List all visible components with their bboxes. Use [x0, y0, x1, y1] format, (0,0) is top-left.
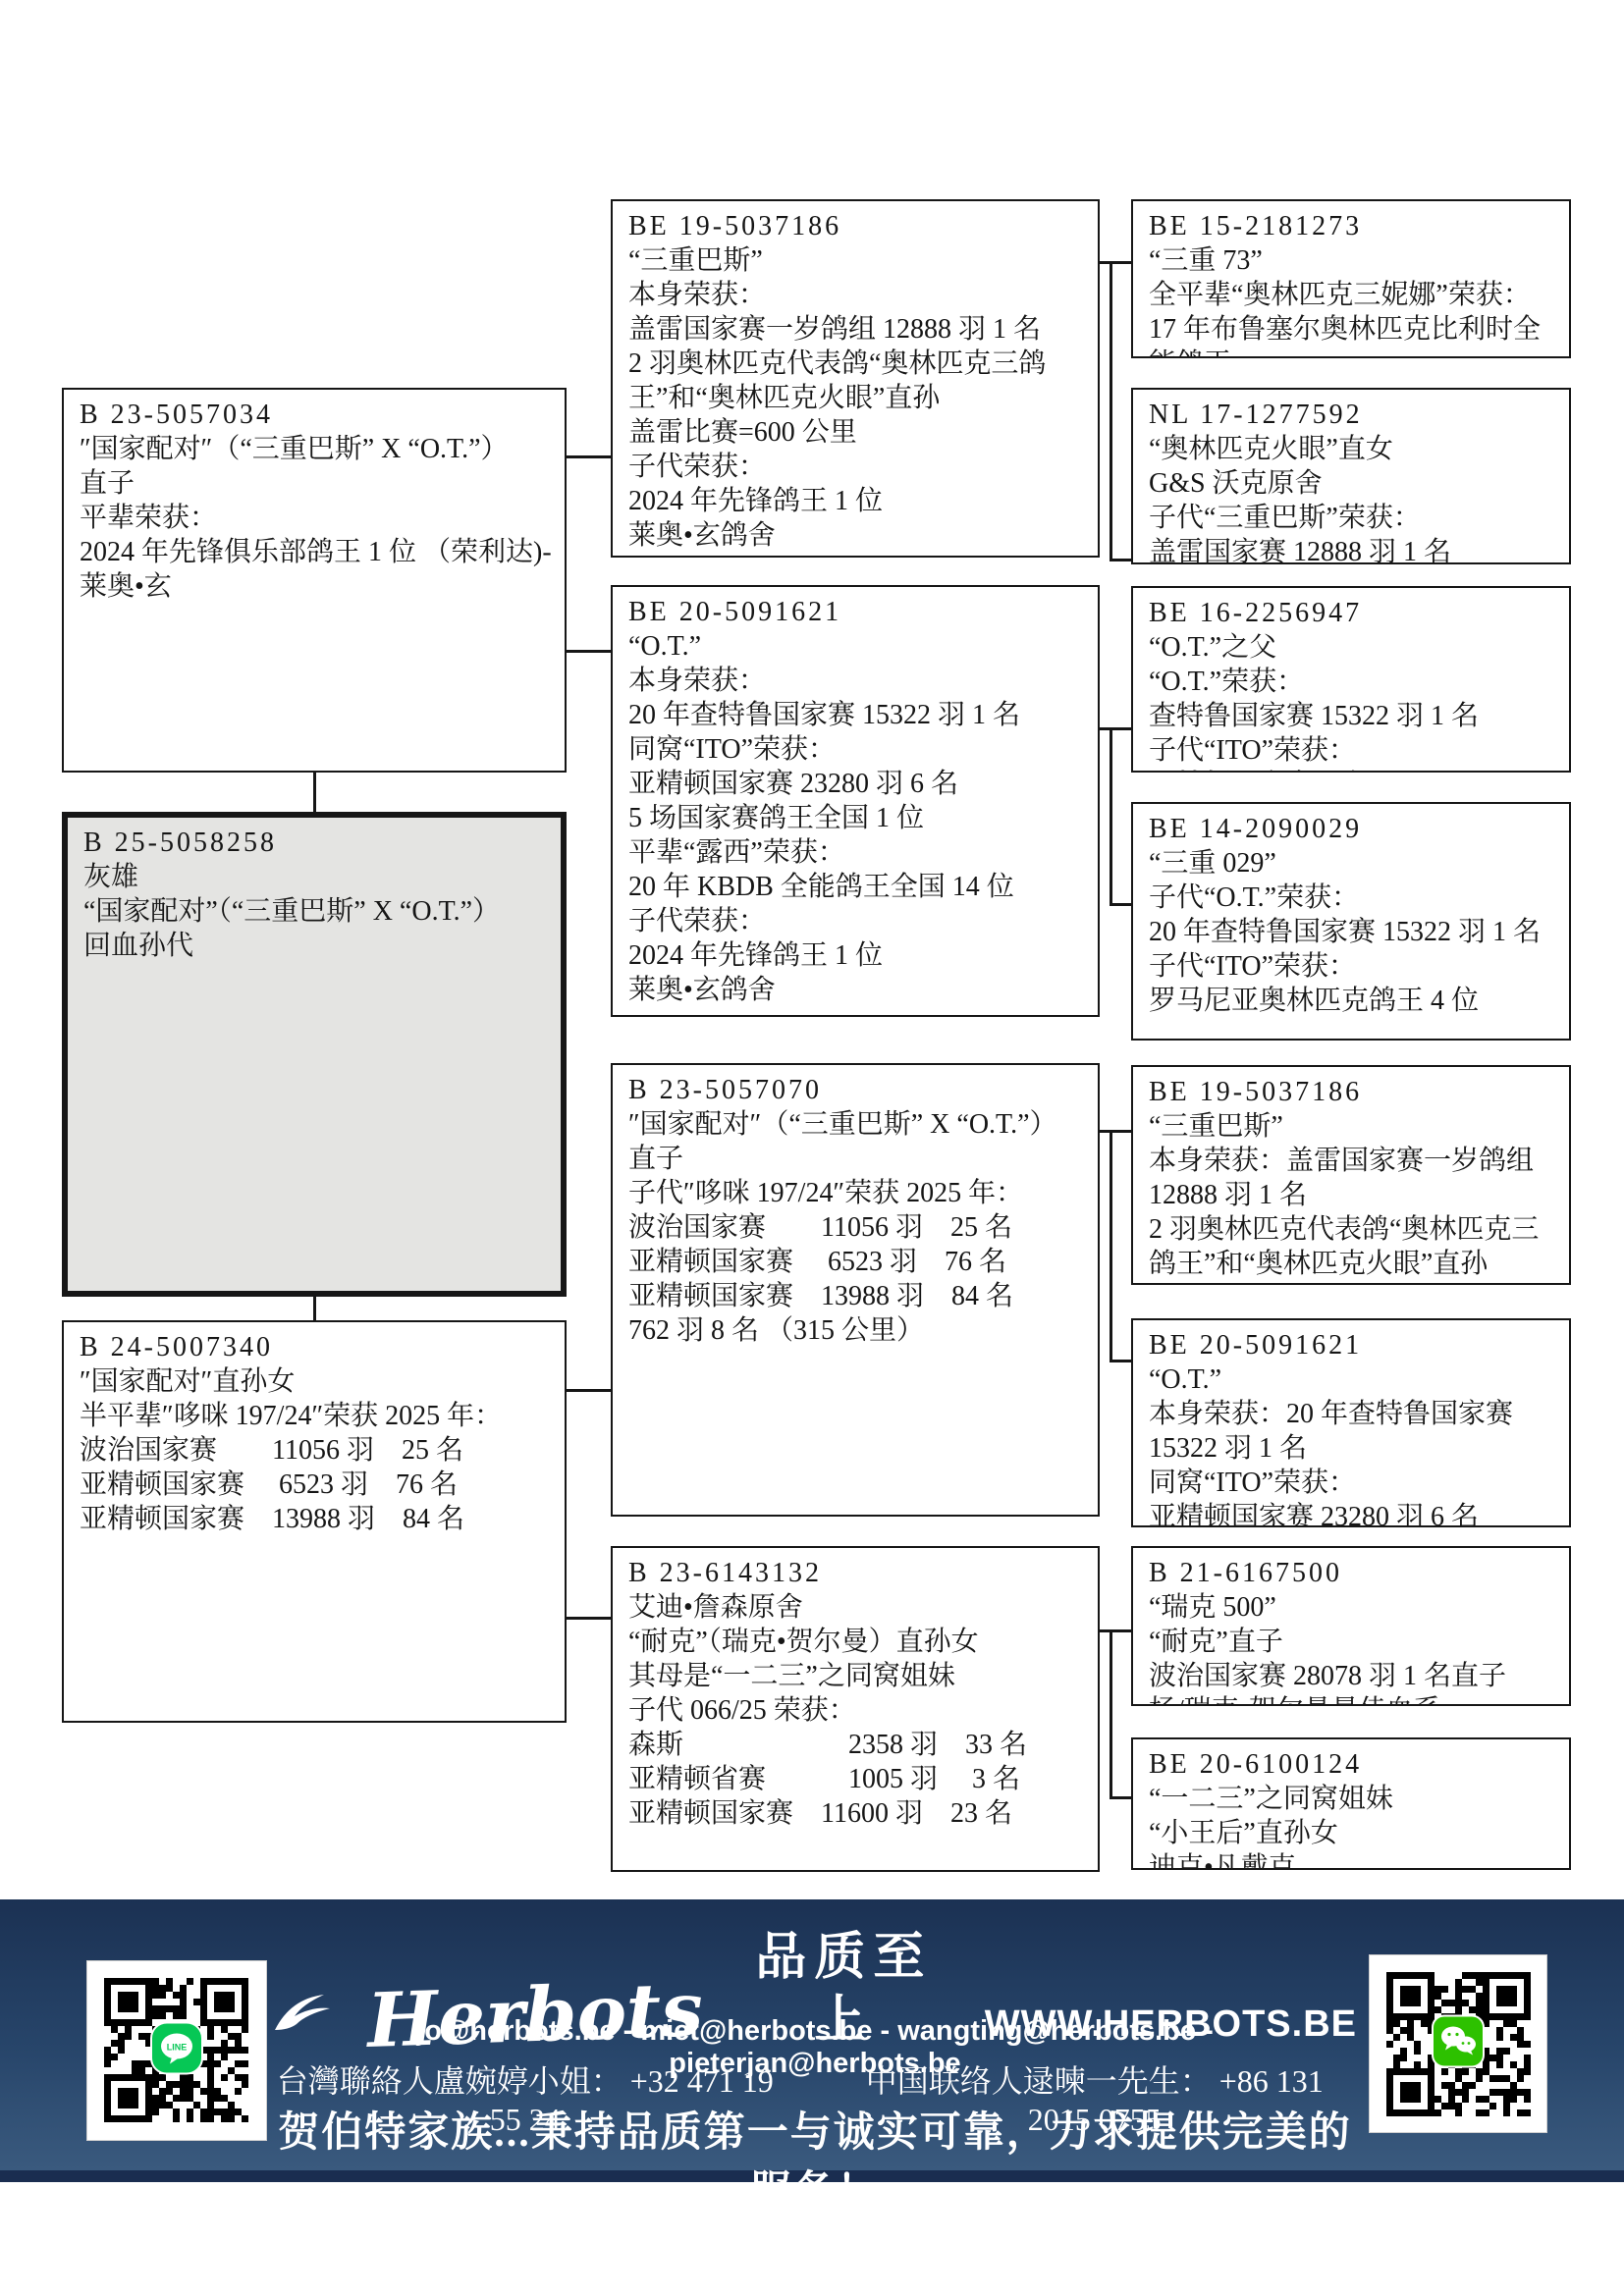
ring-number: BE 20-5091621: [628, 595, 1086, 629]
connector-line: [1100, 727, 1131, 730]
footer-slogan: 贺伯特家族...秉持品质第一与诚实可靠，力求提供完美的服务！: [273, 2100, 1357, 2217]
connector-line: [313, 773, 316, 812]
connector-line: [1110, 1629, 1112, 1799]
ring-number: B 23-5057034: [80, 398, 553, 432]
wechat-icon: [1432, 2015, 1485, 2073]
pedigree-box-grandparent-8: BE 20-6100124 “一二三”之同窝姐妹“小王后”直孙女迪克•凡戴克: [1131, 1737, 1571, 1870]
ring-number: B 21-6167500: [1149, 1556, 1557, 1590]
pedigree-text: 艾迪•詹森原舍“耐克”（瑞克•贺尔曼）直孙女其母是“一二三”之同窝姐妹子代 06…: [628, 1590, 1086, 1831]
pedigree-box-grandparent-6: BE 20-5091621 “O.T.”本身荣获：20 年查特鲁国家赛 1532…: [1131, 1318, 1571, 1527]
pedigree-box-dam: B 24-5007340 ″国家配对″直孙女半平辈″哆咪 197/24″荣获 2…: [62, 1320, 567, 1723]
qr-code-wechat: [1369, 1954, 1547, 2133]
pedigree-box-grandparent-7: B 21-6167500 “瑞克 500”“耐克”直子波治国家赛 28078 羽…: [1131, 1546, 1571, 1706]
connector-line: [1110, 727, 1112, 906]
pedigree-text: “三重 029”子代“O.T.”荣获：20 年查特鲁国家赛 15322 羽 1 …: [1149, 846, 1557, 1018]
connector-line: [567, 455, 611, 458]
pedigree-box-dam-dam: B 23-6143132 艾迪•詹森原舍“耐克”（瑞克•贺尔曼）直孙女其母是“一…: [611, 1546, 1100, 1872]
pedigree-text: ″国家配对″直孙女半平辈″哆咪 197/24″荣获 2025 年：波治国家赛 1…: [80, 1364, 553, 1536]
pedigree-box-grandparent-2: NL 17-1277592 “奥林匹克火眼”直女G&S 沃克原舍子代“三重巴斯”…: [1131, 388, 1571, 564]
pedigree-text: “O.T.”本身荣获：20 年查特鲁国家赛 15322 羽 1 名同窝“ITO”…: [628, 629, 1086, 1007]
pedigree-box-dam-sire: B 23-5057070 ″国家配对″（“三重巴斯” X “O.T.”）直子子代…: [611, 1063, 1100, 1517]
connector-line: [567, 1389, 611, 1392]
connector-line: [1110, 559, 1131, 561]
pedigree-text: “O.T.”本身荣获：20 年查特鲁国家赛 15322 羽 1 名同窝“ITO”…: [1149, 1362, 1557, 1527]
pedigree-text: “三重巴斯”本身荣获：盖雷国家赛一岁鸽组 12888 羽 1 名2 羽奥林匹克代…: [1149, 1109, 1557, 1281]
ring-number: NL 17-1277592: [1149, 398, 1557, 432]
pedigree-text: “瑞克 500”“耐克”直子波治国家赛 28078 羽 1 名直子杨/瑞克•贺尔…: [1149, 1590, 1557, 1706]
pedigree-box-sire-dam: BE 20-5091621 “O.T.”本身荣获：20 年查特鲁国家赛 1532…: [611, 585, 1100, 1017]
pedigree-text: “一二三”之同窝姐妹“小王后”直孙女迪克•凡戴克: [1149, 1782, 1557, 1870]
connector-line: [1100, 1629, 1131, 1632]
connector-line: [1110, 1130, 1112, 1362]
pedigree-text: ″国家配对″（“三重巴斯” X “O.T.”）直子平辈荣获：2024 年先锋俱乐…: [80, 432, 553, 604]
connector-line: [313, 1297, 316, 1320]
pedigree-box-sire: B 23-5057034 ″国家配对″（“三重巴斯” X “O.T.”）直子平辈…: [62, 388, 567, 773]
pedigree-text: “三重 73”全平辈“奥林匹克三妮娜”荣获：17 年布鲁塞尔奥林匹克比利时全能鸽…: [1149, 243, 1557, 358]
ring-number: BE 19-5037186: [628, 209, 1086, 243]
ring-number: B 23-5057070: [628, 1073, 1086, 1107]
connector-line: [1110, 903, 1131, 906]
line-icon: LINE: [150, 2022, 203, 2080]
svg-text:LINE: LINE: [167, 2043, 188, 2053]
ring-number: BE 19-5037186: [1149, 1075, 1557, 1109]
connector-line: [1110, 1796, 1131, 1799]
ring-number: BE 14-2090029: [1149, 812, 1557, 846]
pedigree-text: “O.T.”之父“O.T.”荣获：查特鲁国家赛 15322 羽 1 名子代“IT…: [1149, 630, 1557, 773]
ring-number: B 24-5007340: [80, 1330, 553, 1364]
pedigree-box-grandparent-3: BE 16-2256947 “O.T.”之父“O.T.”荣获：查特鲁国家赛 15…: [1131, 586, 1571, 773]
connector-line: [1110, 1360, 1131, 1362]
pedigree-page: B 23-5057034 ″国家配对″（“三重巴斯” X “O.T.”）直子平辈…: [0, 0, 1624, 2296]
footer-banner: LINE: [0, 1899, 1624, 2182]
pedigree-box-sire-sire: BE 19-5037186 “三重巴斯”本身荣获：盖雷国家赛一岁鸽组 12888…: [611, 199, 1100, 558]
pedigree-text: ″国家配对″（“三重巴斯” X “O.T.”）直子子代″哆咪 197/24″荣获…: [628, 1107, 1086, 1348]
pedigree-box-subject: B 25-5058258 灰雄“国家配对”（“三重巴斯” X “O.T.”）回血…: [62, 812, 567, 1297]
ring-number: BE 20-5091621: [1149, 1328, 1557, 1362]
pedigree-box-grandparent-4: BE 14-2090029 “三重 029”子代“O.T.”荣获：20 年查特鲁…: [1131, 802, 1571, 1041]
ring-number: BE 20-6100124: [1149, 1747, 1557, 1782]
ring-number: BE 15-2181273: [1149, 209, 1557, 243]
connector-line: [567, 650, 611, 653]
ring-number: B 25-5058258: [83, 826, 549, 860]
connector-line: [1100, 261, 1131, 264]
connector-line: [1110, 261, 1112, 561]
pedigree-text: 灰雄“国家配对”（“三重巴斯” X “O.T.”）回血孙代: [83, 860, 549, 963]
pedigree-box-grandparent-1: BE 15-2181273 “三重 73”全平辈“奥林匹克三妮娜”荣获：17 年…: [1131, 199, 1571, 358]
ring-number: BE 16-2256947: [1149, 596, 1557, 630]
connector-line: [1100, 1130, 1131, 1133]
pedigree-text: “奥林匹克火眼”直女G&S 沃克原舍子代“三重巴斯”荣获：盖雷国家赛 12888…: [1149, 432, 1557, 564]
connector-line: [567, 1617, 611, 1620]
pedigree-box-grandparent-5: BE 19-5037186 “三重巴斯”本身荣获：盖雷国家赛一岁鸽组 12888…: [1131, 1065, 1571, 1285]
qr-code-line: LINE: [86, 1960, 267, 2141]
footer-content: Herbots 品质至上 WWW.HERBOTS.BE jo@herbots.b…: [273, 1899, 1357, 2170]
ring-number: B 23-6143132: [628, 1556, 1086, 1590]
pedigree-text: “三重巴斯”本身荣获：盖雷国家赛一岁鸽组 12888 羽 1 名2 羽奥林匹克代…: [628, 243, 1086, 553]
